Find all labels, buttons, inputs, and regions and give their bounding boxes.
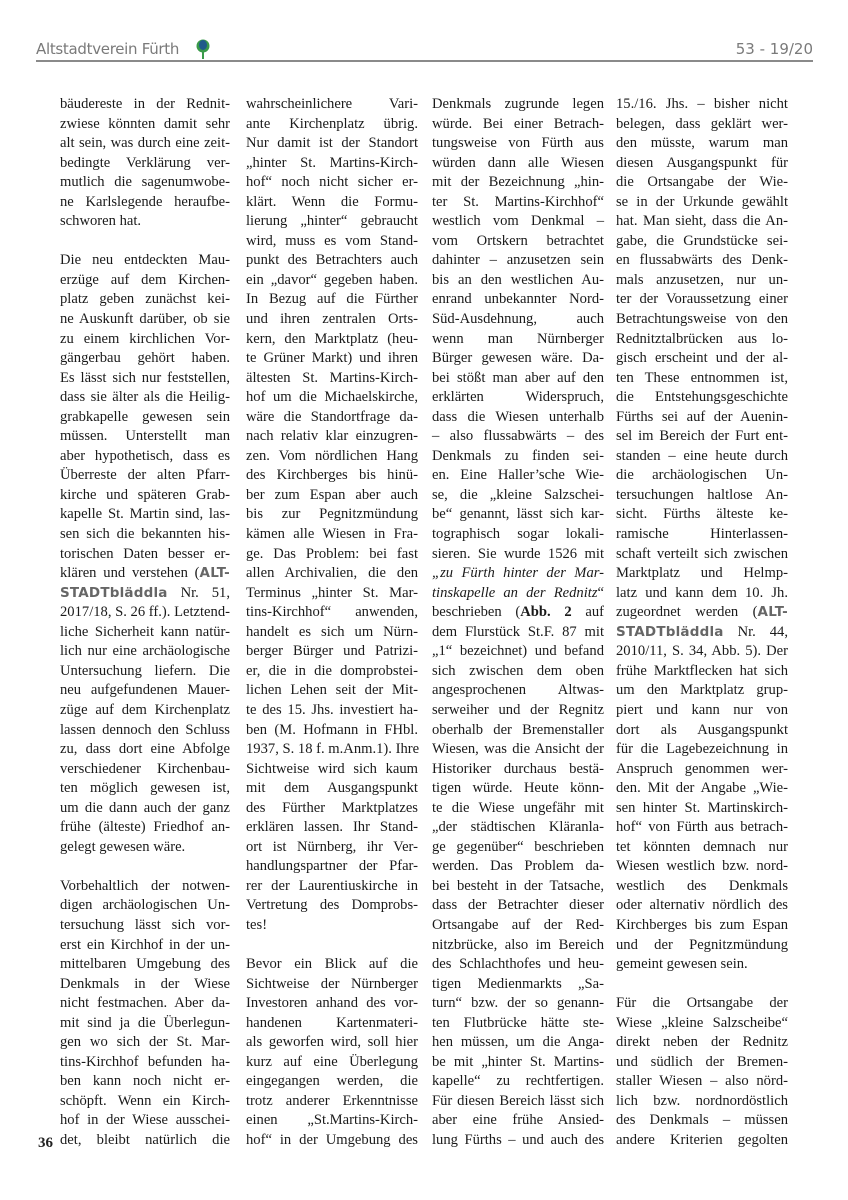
text-line: ter der Voraussetzung einer [616,290,788,310]
paragraph: Die neu entdeckten Mau-erzüge auf dem Ki… [60,251,230,857]
text-line: dass der Betrachter dieser [432,896,604,916]
text-line: kämen alle Wiesen in Fra- [246,525,418,545]
text-line: lassen dennoch den Schluss [60,721,230,741]
text-line: Für diesen Bereich lässt sich [432,1092,604,1112]
text-line: klärt. Wenn die Formu- [246,193,418,213]
text-line: hof“ von Fürth aus betrach- [616,818,788,838]
text-line: „1“ bezeichnet) und befand [432,642,604,662]
text-line: erklärten Widerspruch, [432,388,604,408]
paragraph: Für die Ortsangabe derWiese „kleine Salz… [616,994,788,1150]
text-line: digen archäologischen Un- [60,896,230,916]
text-line: ort ist Nürnberg, ihr Ver- [246,838,418,858]
text-line: ten möglich gewesen ist, [60,779,230,799]
text-line: beschrieben (Abb. 2 auf [432,603,604,623]
text-line: ben kann noch nicht er- [60,1072,230,1092]
text-line: ante Kirchenplatz übrig. [246,115,418,135]
text-line: aber eine frühe Ansied- [432,1111,604,1131]
text-line: nach relativ klar einzugren- [246,427,418,447]
text-line: sieren. Sie wurde 1526 mit [432,545,604,565]
text-line: ne Karlslegende heraufbe- [60,193,230,213]
column-4: 15./16. Jhs. – bisher nichtbelegen, dass… [616,95,788,1151]
paragraph: Denkmals zugrunde legenwürde. Bei einer … [432,95,604,1151]
text-line: als geworfen wird, soll hier [246,1033,418,1053]
text-line: wird, muss es vom Stand- [246,232,418,252]
text-line: STADTbläddla Nr. 51, [60,584,230,604]
text-line: eingegangen werden, die [246,1072,418,1092]
text-line: Bürger gewesen wäre. Da- [432,349,604,369]
text-line: frühe (älteste) Friedhof an- [60,818,230,838]
text-line: wäre die Standortfrage da- [246,408,418,428]
column-1: bäudereste in der Rednit-zwiese könnten … [60,95,230,1151]
text-line: ge gegenüber“ beschrieben [432,838,604,858]
text-line: kern, den Marktplatz (heu- [246,330,418,350]
text-line: einen „St.Martins-Kirch- [246,1111,418,1131]
text-line: für die Lagebezeichnung in [616,740,788,760]
text-line: Fürths sei auf der Auenin- [616,408,788,428]
text-line: ge. Das Problem: bei fast [246,545,418,565]
text-line: Denkmals zu finden sei- [432,447,604,467]
text-line: trotz anderer Erkenntnisse [246,1092,418,1112]
text-line: lich nur eine archäologische [60,642,230,662]
text-line: enrand unbekannter Nord- [432,290,604,310]
text-line: zwiese könnten damit sehr [60,115,230,135]
text-line: tes! [246,916,418,936]
text-line: schaft verteilt sich zwischen [616,545,788,565]
text-line: mals anzusetzen, nur un- [616,271,788,291]
text-line: bedingte Verklärung ver- [60,154,230,174]
text-line: te Grüner Markt) und ihren [246,349,418,369]
text-line: neu aufgefundenen Mauer- [60,681,230,701]
text-line: dem Flurstück St.F. 87 mit [432,623,604,643]
text-line: gisch erscheint und der al- [616,349,788,369]
text-line: STADTbläddla Nr. 44, [616,623,788,643]
text-line: hof um die Michaelskirche, [246,388,418,408]
text-line: en flussabwärts des Denk- [616,251,788,271]
text-line: tins-Kirchhof befunden ha- [60,1053,230,1073]
text-line: Bevor ein Blick auf die [246,955,418,975]
text-line: Betrachtungsweise von den [616,310,788,330]
text-line: sich zwischen dem oben [432,662,604,682]
text-line: ne Auskunft darüber, ob sie [60,310,230,330]
issue-number: 53 - 19/20 [736,40,813,58]
text-line: des Denkmals – müssen [616,1111,788,1131]
text-line: des Kirchberges bis hinü- [246,466,418,486]
text-line: tographisch sogar lokali- [432,525,604,545]
text-line: verschiedener Kirchenbau- [60,760,230,780]
text-line: vom Ortskern betrachtet [432,232,604,252]
text-line: Historiker durchaus bestä- [432,760,604,780]
text-line: oder alternativ nördlich des [616,896,788,916]
text-line: tungsweise von Fürth aus [432,134,604,154]
text-line: mit dem Ausgangspunkt [246,779,418,799]
text-line: handelt es sich um Nürn- [246,623,418,643]
text-line: klären und verstehen (ALT- [60,564,230,584]
text-line: Süd-Ausdehnung, auch [432,310,604,330]
paragraph: bäudereste in der Rednit-zwiese könnten … [60,95,230,232]
text-line: westlich vom Denkmal – [432,212,604,232]
text-line: Ortsangabe auf der Red- [432,916,604,936]
text-line: und der Pegnitzmündung [616,936,788,956]
text-line: – also flussabwärts – des [432,427,604,447]
text-line: hof“ in der Umgebung des [246,1131,418,1151]
text-line: schöpft. Wenn ein Kirch- [60,1092,230,1112]
column-3: Denkmals zugrunde legenwürde. Bei einer … [432,95,604,1151]
text-line: grabkapelle gewesen sein [60,408,230,428]
text-line: Es lässt sich nur feststellen, [60,369,230,389]
text-line: sicht. Fürths älteste ke- [616,505,788,525]
text-line: serweiher und der Regnitz [432,701,604,721]
text-line: sen hinter St. Martinskirch- [616,799,788,819]
publisher-name: Altstadtverein Fürth [36,40,179,58]
text-line: Wiese „kleine Salzscheibe“ [616,1014,788,1034]
text-line: den. Mit der Angabe „Wie- [616,779,788,799]
text-line: nitzbrücke, also im Bereich [432,936,604,956]
text-line: kapelle“ zu rechtfertigen. [432,1072,604,1092]
text-line: um die dann auch der ganz [60,799,230,819]
text-line: bis an den westlichen Au- [432,271,604,291]
article-body: bäudereste in der Rednit-zwiese könnten … [60,95,812,1130]
text-line: 1937, S. 18 f. m.Anm.1). Ihre [246,740,418,760]
paragraph: Vorbehaltlich der notwen-digen archäolog… [60,877,230,1151]
text-line: bei stößt man aber auf den [432,369,604,389]
text-line: er, die in die domprobstei- [246,662,418,682]
text-line: gemeint gewesen sein. [616,955,788,975]
text-line: tersuchung lässt sich vor- [60,916,230,936]
text-line: und südlich der Bremen- [616,1053,788,1073]
text-line: „zu Fürth hinter der Mar- [432,564,604,584]
text-line: lich bzw. nordnordöstlich [616,1092,788,1112]
text-line: dort als Ausgangspunkt [616,721,788,741]
text-line: andere Kriterien gegolten [616,1131,788,1151]
text-line: angesprochenen Altwas- [432,681,604,701]
text-line: tigen Medienmarkts „Sa- [432,975,604,995]
text-line: allen Archivalien, die den [246,564,418,584]
text-line: dahinter – anzusetzen sein [432,251,604,271]
text-line: ten Flutbrücke hätte ste- [432,1014,604,1034]
text-line: hof in der Wiese ausschei- [60,1111,230,1131]
text-line: kurz auf eine Überlegung [246,1053,418,1073]
text-line: Untersuchung liefern. Die [60,662,230,682]
text-line: oberhalb der Bremenstaller [432,721,604,741]
text-line: zugeordnet werden (ALT- [616,603,788,623]
text-line: zu einem kirchlichen Vor- [60,330,230,350]
text-line: die archäologischen Un- [616,466,788,486]
text-line: Wiesen westlich bzw. nord- [616,857,788,877]
text-line: erst ein Kirchhof in der un- [60,936,230,956]
text-line: belegen, dass geklärt wer- [616,115,788,135]
text-line: aber hypothetisch, dass es [60,447,230,467]
text-line: ramische Hinterlassen- [616,525,788,545]
text-line: Denkmals zugrunde legen [432,95,604,115]
text-line: erklären lassen. Ihr Stand- [246,818,418,838]
text-line: „der städtischen Kläranla- [432,818,604,838]
text-line: Die neu entdeckten Mau- [60,251,230,271]
text-line: zu, dass dort eine Abfolge [60,740,230,760]
page-number: 36 [38,1135,53,1152]
text-line: standen – eine heute durch [616,447,788,467]
text-line: bis zur Pegnitzmündung [246,505,418,525]
text-line: gängerbau gehört haben. [60,349,230,369]
text-line: den müsste, warum man [616,134,788,154]
text-line: se, die „kleine Salzschei- [432,486,604,506]
text-line: dass die Wiesen unterhalb [432,408,604,428]
text-line: um den Marktplatz grup- [616,681,788,701]
text-line: dass sie älter als die Heilig- [60,388,230,408]
text-line: hof“ noch nicht sicher er- [246,173,418,193]
text-line: erzüge auf dem Kirchen- [60,271,230,291]
text-line: platz geben zunächst kei- [60,290,230,310]
text-line: die Entstehungsgeschichte [616,388,788,408]
text-line: gabe, die Grundstücke sei- [616,232,788,252]
text-line: ten These entnommen ist, [616,369,788,389]
text-line: Überreste der alten Pfarr- [60,466,230,486]
text-line: Sichtweise der Nürnberger [246,975,418,995]
text-line: lichen Lehen seit der Mit- [246,681,418,701]
running-header: Altstadtverein Fürth 53 - 19/20 [36,36,813,62]
text-line: Marktplatz und Helmp- [616,564,788,584]
text-line: In Bezug auf die Fürther [246,290,418,310]
text-line: züge auf dem Kirchenplatz [60,701,230,721]
text-line: Nur damit ist der Standort [246,134,418,154]
text-line: Terminus „hinter St. Mar- [246,584,418,604]
text-line: Rednitztalbrücken aus lo- [616,330,788,350]
paragraph: 15./16. Jhs. – bisher nichtbelegen, dass… [616,95,788,975]
text-line: sen sich die bekannten his- [60,525,230,545]
text-line: Für die Ortsangabe der [616,994,788,1014]
text-line: würde. Bei einer Betrach- [432,115,604,135]
text-line: zen. Vom nördlichen Hang [246,447,418,467]
text-line: des Schlachthofes und heu- [432,955,604,975]
text-line: 2010/11, S. 34, Abb. 5). Der [616,642,788,662]
text-line: kapelle St. Martin sind, las- [60,505,230,525]
text-line: nicht festmachen. Aber da- [60,994,230,1014]
text-line: lung Fürths – und auch des [432,1131,604,1151]
text-line: latz und kann dem 10. Jh. [616,584,788,604]
text-line: hen müssen, um die Anga- [432,1033,604,1053]
text-line: ber zum Espan aber auch [246,486,418,506]
text-line: mittelbaren Umgebung des [60,955,230,975]
text-line: Kirchberges bis zum Espan [616,916,788,936]
text-line: hat. Man sieht, dass die An- [616,212,788,232]
text-line: tet könnten demnach nur [616,838,788,858]
paragraph: wahrscheinlichere Vari-ante Kirchenplatz… [246,95,418,936]
text-line: Anspruch genommen wer- [616,760,788,780]
text-line: rer der Laurentiuskirche in [246,877,418,897]
tree-icon [196,39,210,59]
text-line: mutlich die sagenumwobe- [60,173,230,193]
text-line: sel im Bereich der Furt ent- [616,427,788,447]
text-line: be mit „hinter St. Martins- [432,1053,604,1073]
text-line: staller Wiesen – also nörd- [616,1072,788,1092]
text-line: „hinter St. Martins-Kirch- [246,154,418,174]
text-line: be“ genannt, lässt sich kar- [432,505,604,525]
text-line: werden. Das Problem da- [432,857,604,877]
text-line: gen wo sich der St. Mar- [60,1033,230,1053]
text-line: turn“ bzw. der so genann- [432,994,604,1014]
text-line: 15./16. Jhs. – bisher nicht [616,95,788,115]
text-line: würden dann alle Wiesen [432,154,604,174]
text-line: alt sein, was durch eine zeit- [60,134,230,154]
text-line: 2017/18, S. 26 ff.). Letztend- [60,603,230,623]
text-line: westlich des Denkmals [616,877,788,897]
text-line: mit der Bezeichnung „hin- [432,173,604,193]
text-line: mit sind ja die Überlegun- [60,1014,230,1034]
text-line: tersuchungen haltlose An- [616,486,788,506]
text-line: handlungspartner der Pfar- [246,857,418,877]
text-line: Wiesen, was die Ansicht der [432,740,604,760]
text-line: direkt neben der Rednitz [616,1033,788,1053]
text-line: ben (M. Hofmann in FHbl. [246,721,418,741]
text-line: wahrscheinlichere Vari- [246,95,418,115]
text-line: Denkmals in der Wiese [60,975,230,995]
text-line: müssen. Unterstellt man [60,427,230,447]
text-line: Vorbehaltlich der notwen- [60,877,230,897]
text-line: se in der Urkunde gewählt [616,193,788,213]
text-line: schworen hat. [60,212,230,232]
text-line: Sichtweise wird sich kaum [246,760,418,780]
text-line: diesen Ausgangspunkt für [616,154,788,174]
text-line: tinskapelle an der Rednitz“ [432,584,604,604]
text-line: ein „davor“ gegeben haben. [246,271,418,291]
text-line: wenn man Nürnberger [432,330,604,350]
text-line: bäudereste in der Rednit- [60,95,230,115]
text-line: lierung „hinter“ gebraucht [246,212,418,232]
text-line: te des 15. Jhs. investiert ha- [246,701,418,721]
text-line: liche Sicherheit kann natür- [60,623,230,643]
paragraph: Bevor ein Blick auf dieSichtweise der Nü… [246,955,418,1150]
text-line: ältesten St. Martins-Kirch- [246,369,418,389]
text-line: handenen Kartenmateri- [246,1014,418,1034]
text-line: Vertretung des Domprobs- [246,896,418,916]
text-line: piert und kann nur von [616,701,788,721]
text-line: bei besteht in der Tatsache, [432,877,604,897]
column-2: wahrscheinlichere Vari-ante Kirchenplatz… [246,95,418,1151]
text-line: en. Eine Haller’sche Wie- [432,466,604,486]
text-line: te die Wiese ungefähr mit [432,799,604,819]
text-line: kirche und späteren Grab- [60,486,230,506]
text-line: punkt des Betrachters auch [246,251,418,271]
text-line: und ihren zentralen Orts- [246,310,418,330]
text-line: Investoren anhand des vor- [246,994,418,1014]
text-line: berger Bürger und Patrizi- [246,642,418,662]
text-line: tigen würde. Heute könn- [432,779,604,799]
text-line: die Ortsangabe der Wie- [616,173,788,193]
text-line: torischen Daten besser er- [60,545,230,565]
text-line: det, bleibt natürlich die [60,1131,230,1151]
text-line: gelegt gewesen wäre. [60,838,230,858]
text-line: frühe Marktflecken hat sich [616,662,788,682]
text-line: tins-Kirchhof“ anwenden, [246,603,418,623]
text-line: des Fürther Marktplatzes [246,799,418,819]
text-line: ter St. Martins-Kirchhof“ [432,193,604,213]
